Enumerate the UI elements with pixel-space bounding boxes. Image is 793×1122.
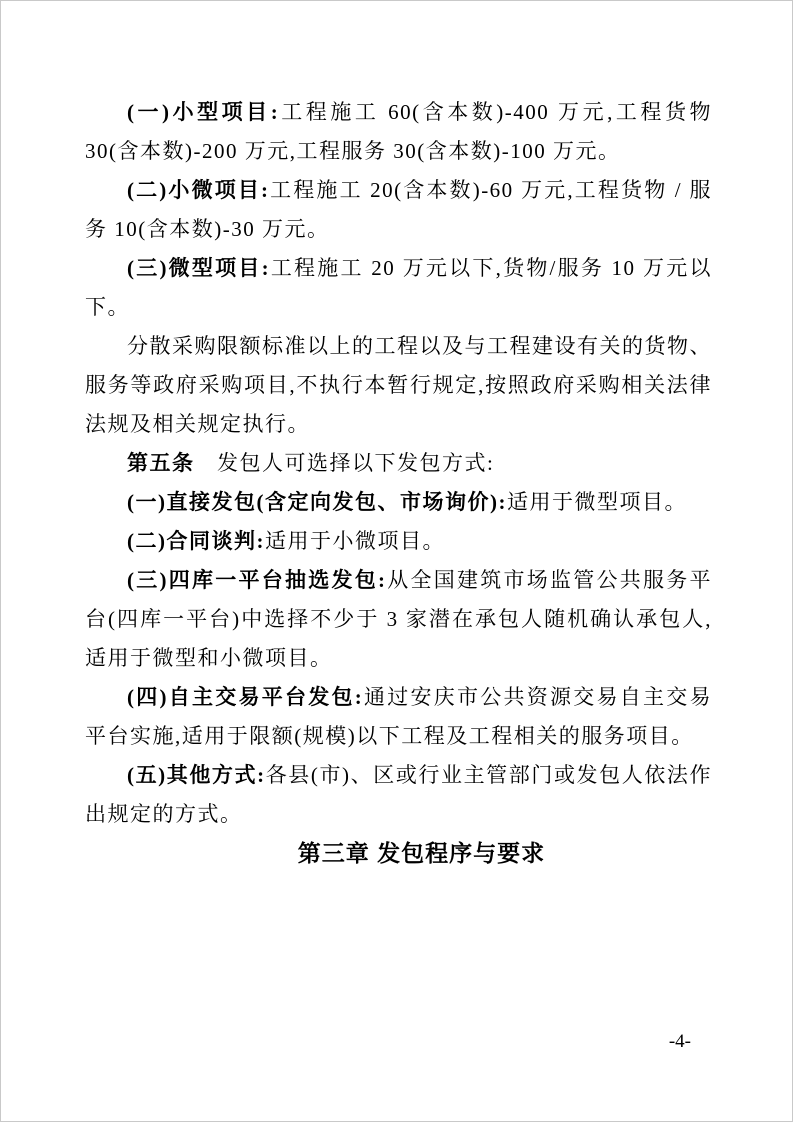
page-number: -4- [669,1031,691,1053]
chapter-heading: 第三章 发包程序与要求 [85,834,712,873]
paragraph-label: (三)微型项目: [127,256,270,280]
paragraph-text: 适用于微型项目。 [507,490,687,514]
paragraph-method-5-other: (五)其他方式:各县(市)、区或行业主管部门或发包人依法作出规定的方式。 [85,756,712,834]
paragraph-text: 适用于小微项目。 [265,529,445,553]
paragraph-method-3-platform-selection: (三)四库一平台抽选发包:从全国建筑市场监管公共服务平台(四库一平台)中选择不少… [85,561,712,678]
paragraph-label: (三)四库一平台抽选发包: [127,568,387,592]
paragraph-article-5: 第五条 发包人可选择以下发包方式: [85,444,712,483]
paragraph-label: (二)小微项目: [127,178,270,202]
paragraph-label: 第五条 [127,451,195,475]
paragraph-label: (五)其他方式: [127,763,266,787]
paragraph-decentralized-procurement: 分散采购限额标准以上的工程以及与工程建设有关的货物、服务等政府采购项目,不执行本… [85,327,712,444]
paragraph-item-3-micro-project: (三)微型项目:工程施工 20 万元以下,货物/服务 10 万元以下。 [85,249,712,327]
paragraph-method-1-direct-award: (一)直接发包(含定向发包、市场询价):适用于微型项目。 [85,483,712,522]
paragraph-label: (一)直接发包(含定向发包、市场询价): [127,490,507,514]
document-body: (一)小型项目:工程施工 60(含本数)-400 万元,工程货物 30(含本数)… [85,93,712,873]
paragraph-method-4-trading-platform: (四)自主交易平台发包:通过安庆市公共资源交易自主交易平台实施,适用于限额(规模… [85,678,712,756]
document-page: (一)小型项目:工程施工 60(含本数)-400 万元,工程货物 30(含本数)… [0,0,793,1122]
paragraph-label: (四)自主交易平台发包: [127,685,363,709]
paragraph-item-1-small-project: (一)小型项目:工程施工 60(含本数)-400 万元,工程货物 30(含本数)… [85,93,712,171]
paragraph-label: (二)合同谈判: [127,529,265,553]
paragraph-text: 分散采购限额标准以上的工程以及与工程建设有关的货物、服务等政府采购项目,不执行本… [85,334,712,436]
paragraph-item-2-minor-project: (二)小微项目:工程施工 20(含本数)-60 万元,工程货物 / 服务 10(… [85,171,712,249]
paragraph-method-2-contract-negotiation: (二)合同谈判:适用于小微项目。 [85,522,712,561]
paragraph-label: (一)小型项目: [127,100,279,124]
paragraph-text: 发包人可选择以下发包方式: [195,451,495,475]
